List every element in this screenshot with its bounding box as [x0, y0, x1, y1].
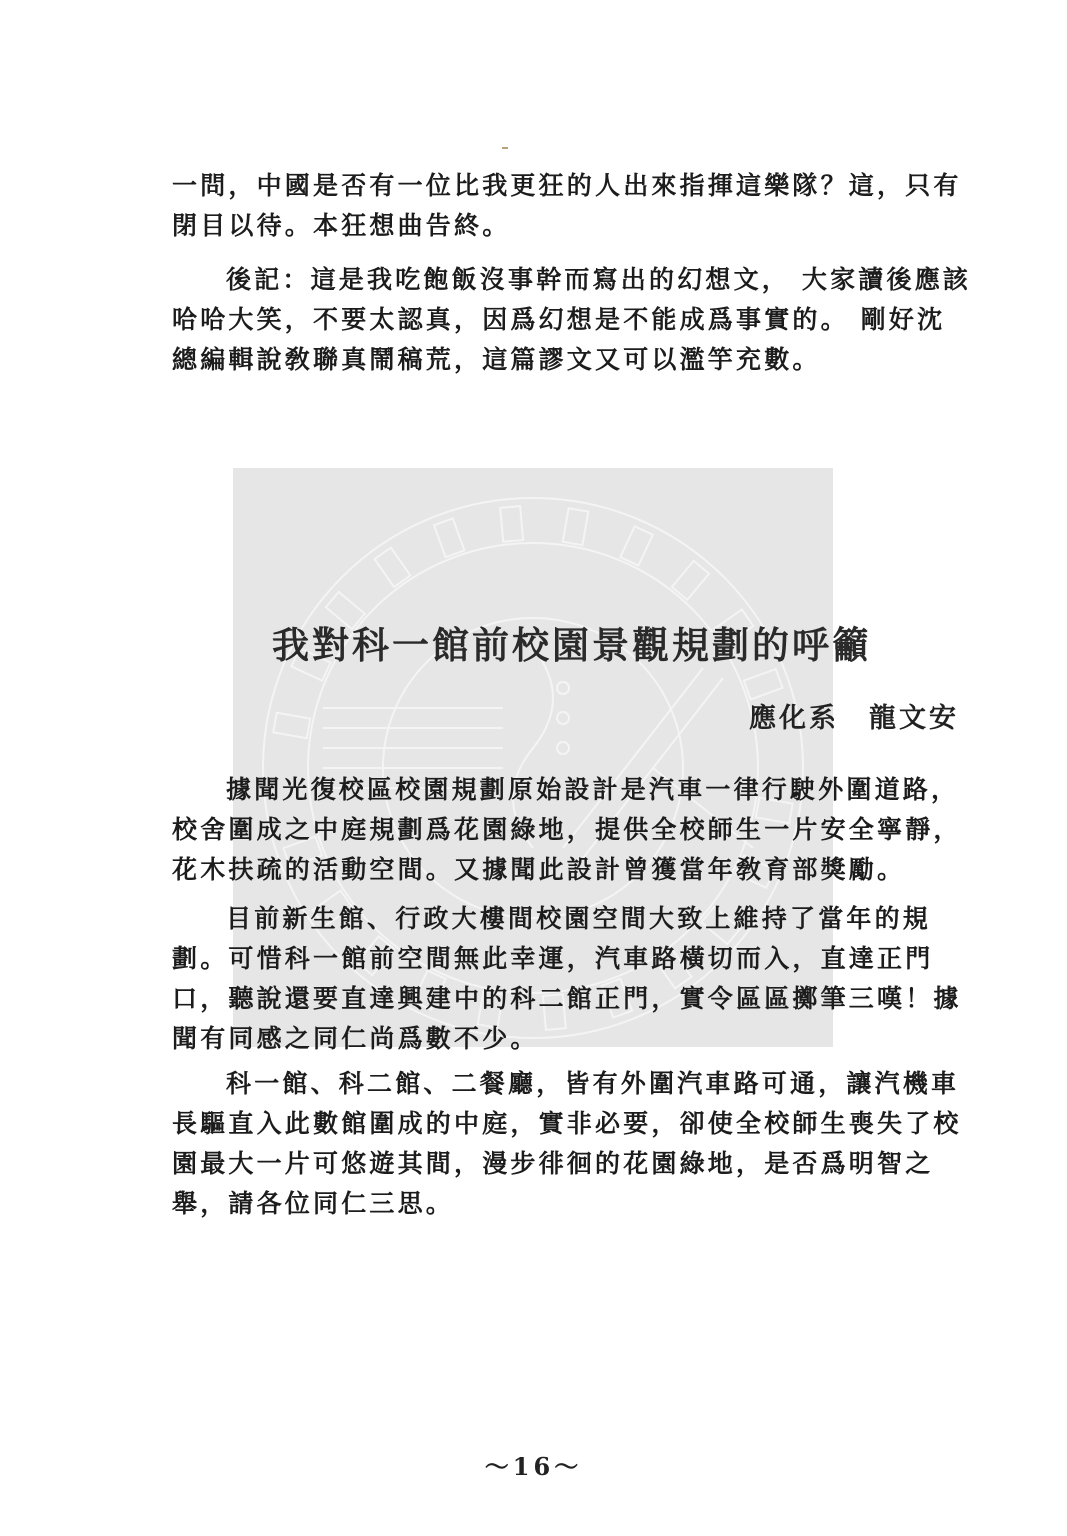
- page-number: ～16～: [0, 1447, 1067, 1482]
- author-name: 龍文安: [869, 703, 959, 734]
- article-paragraph-3: 科一館、科二館、二餐廳，皆有外圍汽車路可通，讓汽機車長驅直入此數館圍成的中庭，實…: [172, 1064, 972, 1224]
- author-department: 應化系: [749, 703, 839, 734]
- previous-article-closing-paragraph: 一問，中國是否有一位比我更狂的人出來指揮這樂隊？這，只有閉目以待。本狂想曲告終。: [172, 166, 972, 246]
- article-paragraph-1: 據聞光復校區校園規劃原始設計是汽車一律行駛外圍道路，校舍圍成之中庭規劃爲花園綠地…: [172, 770, 972, 890]
- document-content: 一問，中國是否有一位比我更狂的人出來指揮這樂隊？這，只有閉目以待。本狂想曲告終。…: [0, 0, 1067, 1536]
- article-byline: 應化系龍文安: [749, 696, 959, 735]
- postscript-paragraph: 後記：這是我吃飽飯沒事幹而寫出的幻想文， 大家讀後應該哈哈大笑，不要太認真，因爲…: [172, 260, 972, 380]
- document-page: 一問，中國是否有一位比我更狂的人出來指揮這樂隊？這，只有閉目以待。本狂想曲告終。…: [0, 0, 1067, 1536]
- article-paragraph-2: 目前新生館、行政大樓間校園空間大致上維持了當年的規劃。可惜科一館前空間無此幸運，…: [172, 899, 972, 1059]
- article-title: 我對科一館前校園景觀規劃的呼籲: [272, 615, 872, 669]
